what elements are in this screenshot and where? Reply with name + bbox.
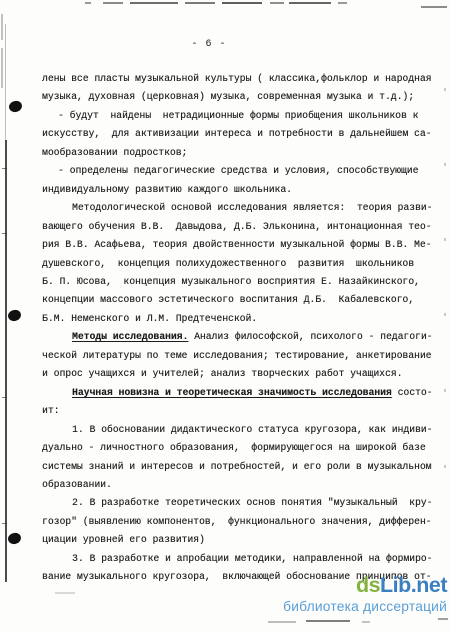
scan-artifact-top-dash bbox=[103, 2, 123, 4]
section-heading: Методы исследования. bbox=[72, 331, 188, 342]
text-line: Б.М. Неменского и Л.М. Предтеченской. bbox=[42, 310, 444, 328]
text-segment: циации уровней его развития) bbox=[42, 534, 205, 545]
text-line: - определены педагогические средства и у… bbox=[42, 162, 444, 180]
logo-libnet-text: Lib.net bbox=[380, 573, 447, 597]
scan-artifact-corner-mark bbox=[1, 14, 3, 40]
scan-artifact-top-dash bbox=[338, 2, 347, 4]
text-segment: 1. В обосновании дидактического статуса … bbox=[72, 424, 432, 435]
text-segment: музыка, духовная (церковная) музыка, сов… bbox=[42, 91, 414, 102]
text-segment: душевского, концепция полихудожественног… bbox=[42, 258, 414, 269]
text-line: рия В.В. Асафьева, теория двойственности… bbox=[42, 236, 444, 254]
text-segment: вающего обучения В.В. Давыдова, Д.Б. Эль… bbox=[42, 221, 432, 232]
scan-artifact-speck bbox=[444, 88, 446, 91]
text-line: и опрос учащихся и учителей; анализ твор… bbox=[42, 365, 444, 383]
text-segment: - определены педагогические средства и у… bbox=[58, 165, 418, 176]
scan-artifact-binding-line bbox=[5, 140, 7, 582]
text-segment: ческой литературы по теме исследования; … bbox=[42, 350, 432, 361]
text-segment: гозор" (выявлению компонентов, функциона… bbox=[42, 516, 432, 527]
text-line: циации уровней его развития) bbox=[42, 531, 444, 549]
scan-artifact-top-dash bbox=[270, 2, 284, 4]
text-line: системы знаний и интересов и потребносте… bbox=[42, 458, 444, 476]
text-segment: и опрос учащихся и учителей; анализ твор… bbox=[42, 368, 402, 379]
scan-artifact-bottom-dash bbox=[362, 621, 370, 623]
text-line: Методы исследования. Анализ философской,… bbox=[42, 328, 444, 346]
watermark: dsLib.net библиотека диссертаций bbox=[283, 575, 447, 613]
text-segment: 2. В разработке теоретических основ поня… bbox=[72, 497, 432, 508]
text-segment: системы знаний и интересов и потребносте… bbox=[42, 461, 432, 472]
logo-ds-text: ds bbox=[356, 573, 380, 597]
text-line: дуально - личностного образования, форми… bbox=[42, 439, 444, 457]
scan-artifact-top-dash bbox=[185, 2, 215, 4]
text-segment: Б.М. Неменского и Л.М. Предтеченской. bbox=[42, 313, 257, 324]
scan-artifact-tick bbox=[2, 233, 7, 234]
scan-artifact-tick bbox=[2, 168, 7, 169]
text-segment: Анализ философской, психолого - педагоги… bbox=[188, 331, 432, 342]
text-segment: 3. В разработке и апробации методики, на… bbox=[72, 553, 432, 564]
scan-artifact-speck bbox=[444, 163, 446, 166]
scan-artifact-bottom-dash bbox=[438, 618, 448, 620]
text-line: ческой литературы по теме исследования; … bbox=[42, 347, 444, 365]
text-line: мообразовании подростков; bbox=[42, 144, 444, 162]
scan-artifact-corner-mark bbox=[1, 48, 3, 88]
scan-artifact-bottom-dash bbox=[55, 592, 75, 594]
watermark-tagline: библиотека диссертаций bbox=[283, 600, 447, 614]
text-line: образовании. bbox=[42, 476, 444, 494]
text-line: индивидуальному развитию каждого школьни… bbox=[42, 181, 444, 199]
text-line: душевского, концепция полихудожественног… bbox=[42, 255, 444, 273]
text-segment: Методологической основой исследования яв… bbox=[72, 202, 432, 213]
text-segment: дуально - личностного образования, форми… bbox=[42, 442, 426, 453]
dslib-logo-link[interactable]: dsLib.net bbox=[283, 575, 447, 597]
scan-artifact-top-dash bbox=[222, 2, 262, 4]
text-block: лены все пласты музыкальной культуры ( к… bbox=[42, 70, 444, 587]
text-segment: искусству, для активизации интереса и по… bbox=[42, 128, 432, 139]
text-line: Научная новизна и теоретическая значимос… bbox=[42, 384, 444, 402]
text-segment: рия В.В. Асафьева, теория двойственности… bbox=[42, 239, 432, 250]
text-segment: индивидуальному развитию каждого школьни… bbox=[42, 184, 292, 195]
scan-artifact-top-dash bbox=[130, 2, 178, 4]
text-line: вающего обучения В.В. Давыдова, Д.Б. Эль… bbox=[42, 218, 444, 236]
text-line: гозор" (выявлению компонентов, функциона… bbox=[42, 513, 444, 531]
scan-artifact-speck bbox=[444, 238, 446, 241]
text-line: музыка, духовная (церковная) музыка, сов… bbox=[42, 88, 444, 106]
punch-hole bbox=[7, 309, 22, 323]
text-segment: Б. П. Юсова, концепция музыкального восп… bbox=[42, 276, 420, 287]
text-line: 3. В разработке и апробации методики, на… bbox=[42, 550, 444, 568]
text-line: лены все пласты музыкальной культуры ( к… bbox=[42, 70, 444, 88]
scan-artifact-speck bbox=[444, 465, 446, 468]
text-line: 2. В разработке теоретических основ поня… bbox=[42, 494, 444, 512]
scan-artifact-top-dash bbox=[421, 6, 447, 8]
section-heading: Научная новизна и теоретическая значимос… bbox=[72, 387, 392, 398]
text-line: ит: bbox=[42, 402, 444, 420]
punch-hole bbox=[7, 532, 22, 546]
text-line: концепции массового эстетического воспит… bbox=[42, 291, 444, 309]
scan-artifact-speck bbox=[444, 389, 446, 392]
text-line: Б. П. Юсова, концепция музыкального восп… bbox=[42, 273, 444, 291]
text-segment: мообразовании подростков; bbox=[42, 147, 187, 158]
scan-artifact-bottom-dash bbox=[268, 621, 296, 623]
scan-artifact-top-dash bbox=[85, 2, 91, 4]
scan-artifact-tick bbox=[2, 523, 7, 524]
punch-hole bbox=[8, 100, 23, 114]
page-number: - 6 - bbox=[0, 39, 434, 50]
text-segment: концепции массового эстетического воспит… bbox=[42, 294, 414, 305]
text-segment: образовании. bbox=[42, 479, 112, 490]
text-line: - будут найдены нетрадиционные формы при… bbox=[42, 107, 444, 125]
text-segment: лены все пласты музыкальной культуры ( к… bbox=[42, 73, 432, 84]
text-line: искусству, для активизации интереса и по… bbox=[42, 125, 444, 143]
text-segment: состо- bbox=[392, 387, 433, 398]
scan-artifact-bottom-dash bbox=[306, 620, 350, 622]
text-segment: - будут найдены нетрадиционные формы при… bbox=[58, 110, 418, 121]
text-line: Методологической основой исследования яв… bbox=[42, 199, 444, 217]
scan-artifact-tick bbox=[2, 397, 7, 398]
text-segment: ит: bbox=[42, 405, 59, 416]
text-line: 1. В обосновании дидактического статуса … bbox=[42, 421, 444, 439]
scan-artifact-top-dash bbox=[289, 2, 331, 4]
scan-artifact-speck bbox=[444, 313, 446, 316]
